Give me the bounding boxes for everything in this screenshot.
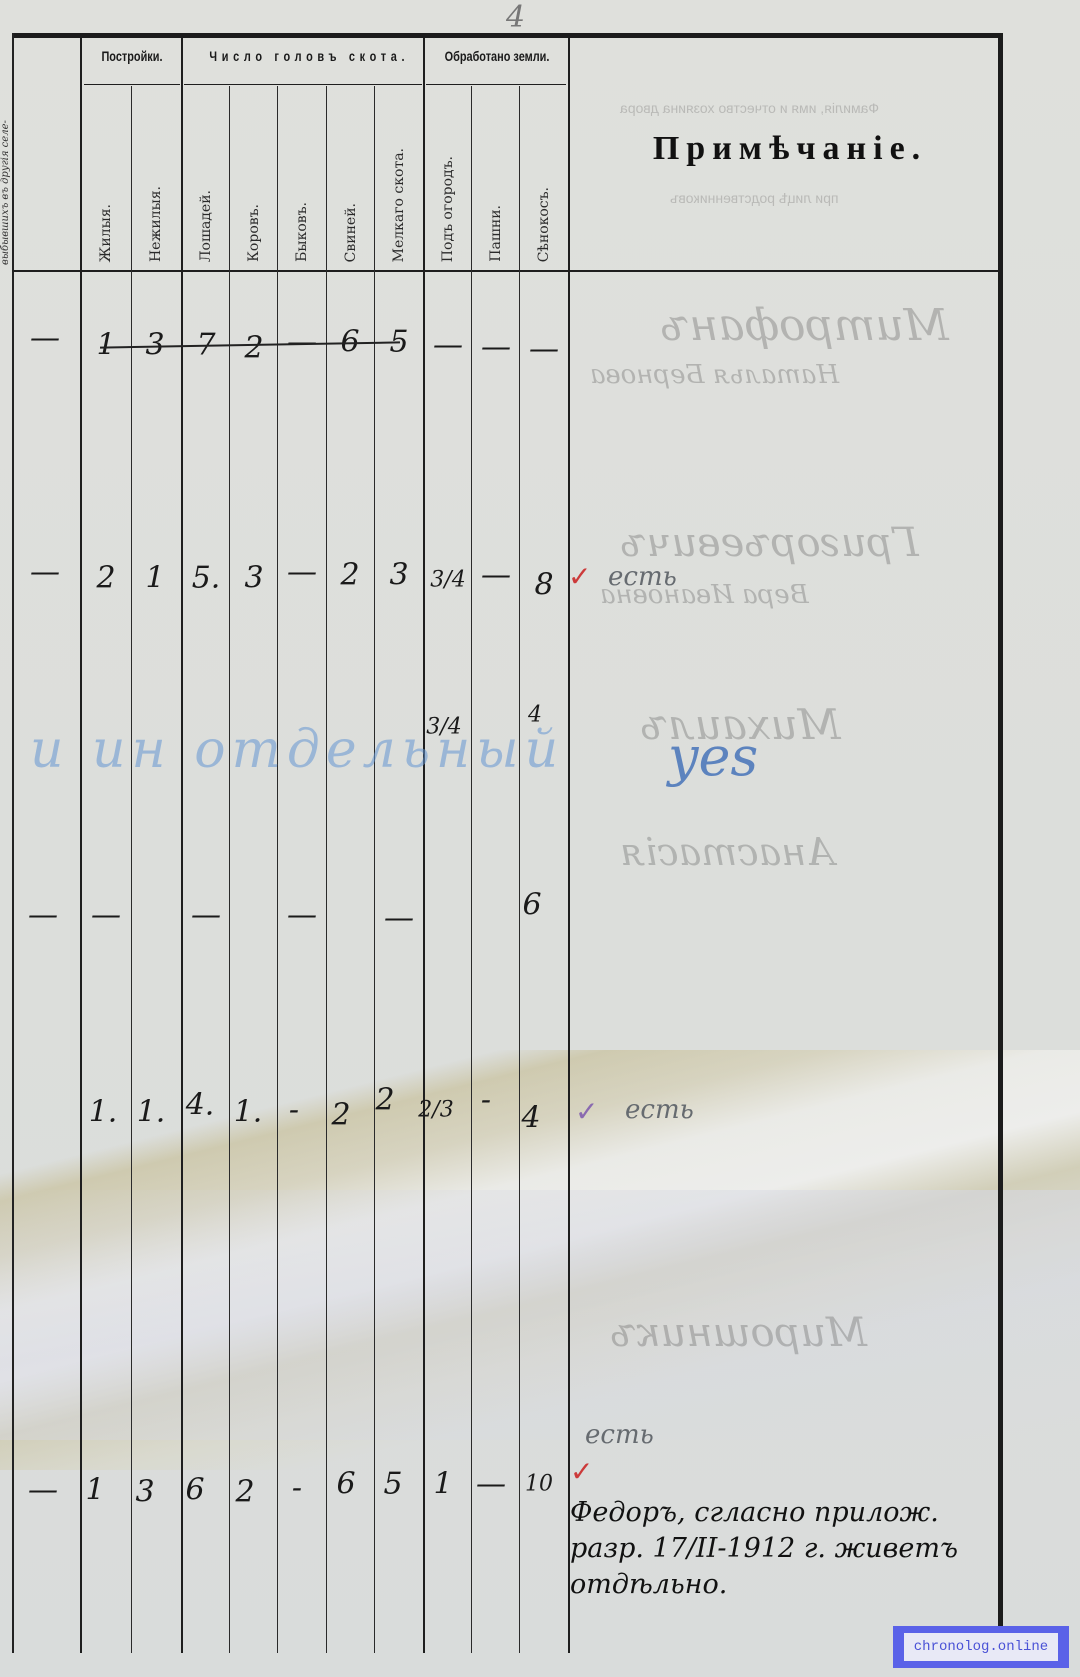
col-header-label: Нежилыя. <box>148 182 164 262</box>
pencil-note: есть <box>625 1095 694 1125</box>
col-header-label: Свиней. <box>343 199 359 262</box>
table-frame <box>12 33 1002 1658</box>
table-left-border <box>12 33 14 1653</box>
note-line: Федоръ, сгласно прилож. <box>570 1495 1050 1531</box>
col-header-label: Подъ огородъ. <box>440 152 456 262</box>
group-title-land: Обработано земли. <box>441 48 553 72</box>
col-line-0 <box>80 38 82 1653</box>
row-lead: — <box>20 898 66 933</box>
col-header-bulls: Быковъ. <box>278 92 326 262</box>
bleed-through-name: Наталья Бернова <box>590 360 839 390</box>
group-rule-livestock <box>184 84 422 85</box>
col-line-livestock-end <box>423 38 425 1653</box>
col-header-arable: Пашни. <box>472 92 519 262</box>
cell-garden: — <box>425 328 471 363</box>
col-line-1 <box>131 86 132 1653</box>
blue-pencil-annotation: и ин отдельный <box>30 720 564 780</box>
group-title-livestock: Число головъ скота. <box>209 48 396 72</box>
col-header-label: Коровъ. <box>246 200 262 262</box>
bleed-through-name: Анастасія <box>620 830 835 874</box>
cell-hayfield: — <box>521 332 567 367</box>
row-lead: — <box>22 321 68 356</box>
bleed-through-name: Митрофанъ <box>660 300 949 351</box>
col-line-land-end <box>568 38 570 1653</box>
col-line-9 <box>519 86 520 1653</box>
blue-pencil-mark: yes <box>668 725 758 788</box>
row-lead: — <box>20 1473 66 1508</box>
notes-title: Примѣчаніе. <box>600 130 980 168</box>
cell-hayfield: 6 <box>509 888 555 923</box>
cell-arable: — <box>468 1467 514 1502</box>
cell-bulls: - <box>274 1471 320 1506</box>
group-title-buildings: Постройки. <box>93 48 171 72</box>
cell-bulls: — <box>279 555 325 590</box>
col-header-label: Жилыя. <box>98 200 114 262</box>
cell-garden: 2/3 <box>413 1098 459 1123</box>
cell-arable: - <box>463 1083 509 1118</box>
red-check-mark: ✓ <box>570 1455 593 1488</box>
col-header-label: Пашни. <box>488 201 504 262</box>
watermark-text: chronolog.online <box>904 1633 1058 1661</box>
cell-hayfield: 10 <box>516 1472 562 1497</box>
cell-dwelling: 2 <box>83 561 129 596</box>
row-lead: — <box>22 555 68 590</box>
cell-small-livestock: 3 <box>376 558 422 593</box>
cell-hayfield: 4 <box>508 1101 554 1136</box>
cell-cows: 1. <box>225 1095 271 1130</box>
col-line-3 <box>229 86 230 1653</box>
col-line-6 <box>374 86 375 1653</box>
ghost-header-line-1: Фамилія, имя и отчество хозяина двора <box>620 100 879 116</box>
group-rule-land <box>426 84 566 85</box>
header-bottom-rule <box>12 270 1000 272</box>
cell-small-livestock: 5 <box>370 1467 416 1502</box>
col-header-hayfield: Сѣнокосъ. <box>520 92 568 262</box>
ghost-header-line-2: при лицѣ родственниковъ <box>670 190 839 206</box>
col-header-label: Мелкаго скота. <box>391 144 407 262</box>
cell-bulls: - <box>271 1093 317 1128</box>
red-check-mark: ✓ <box>568 560 591 593</box>
cell-arable: — <box>473 558 519 593</box>
cell-dwelling: 1. <box>80 1095 126 1130</box>
cell-small-livestock: 2 <box>362 1083 408 1118</box>
cell-cows: 3 <box>231 561 277 596</box>
col-header-label: Лошадей. <box>198 186 214 262</box>
note-line: отдѣльно. <box>570 1567 1050 1603</box>
cell-dwelling: 1 <box>83 328 129 363</box>
cell-arable: — <box>473 330 519 365</box>
cell-pigs: 2 <box>318 1098 364 1133</box>
cell-pigs: 6 <box>323 1467 369 1502</box>
col-header-small-livestock: Мелкаго скота. <box>375 92 423 262</box>
cell-horses: — <box>183 898 229 933</box>
col-line-4 <box>277 86 278 1653</box>
document-page: 4 выбывшихъ въ другія селе- Постройки. Ч… <box>0 0 1080 1677</box>
cell-cows: 2 <box>231 331 277 366</box>
col-header-label: Быковъ. <box>294 198 310 262</box>
cell-small-livestock: — <box>376 901 422 936</box>
page-number: 4 <box>506 0 525 35</box>
cell-horses: 6 <box>172 1473 218 1508</box>
col-header-nondwelling: Нежилыя. <box>132 92 180 262</box>
handwritten-note: Федоръ, сгласно прилож. разр. 17/II-1912… <box>570 1495 1050 1603</box>
col-header-garden: Подъ огородъ. <box>425 92 471 262</box>
bleed-through-name: Григоръевичъ <box>620 520 919 566</box>
cell-garden: 1 <box>420 1467 466 1502</box>
pencil-note: есть <box>608 562 677 592</box>
col-line-5 <box>326 86 327 1653</box>
pencil-note: есть <box>585 1420 654 1450</box>
cell-garden: 3/4 <box>425 568 471 593</box>
cell-nondwelling: 1 <box>132 561 178 596</box>
cell-pigs: 2 <box>327 558 373 593</box>
cell-cows: 2 <box>222 1475 268 1510</box>
cell-bulls: — <box>279 898 325 933</box>
cell-dwelling: — <box>83 898 129 933</box>
col-header-dwelling: Жилыя. <box>82 92 130 262</box>
col-line-8 <box>471 86 472 1653</box>
check-mark: ✓ <box>575 1095 598 1128</box>
group-rule-buildings <box>84 84 180 85</box>
col-header-cows: Коровъ. <box>230 92 277 262</box>
cell-horses: 4. <box>177 1088 223 1123</box>
col-header-label: Сѣнокосъ. <box>536 183 552 262</box>
cell-nondwelling: 1. <box>128 1095 174 1130</box>
cell-hayfield: 8 <box>521 568 567 603</box>
bleed-through-name: Мирошникъ <box>610 1310 867 1356</box>
col-header-pigs: Свиней. <box>327 92 374 262</box>
cell-horses: 5. <box>183 561 229 596</box>
col-header-horses: Лошадей. <box>183 92 229 262</box>
note-line: разр. 17/II-1912 г. живетъ <box>570 1531 1050 1567</box>
col-line-buildings-end <box>181 38 183 1653</box>
cell-dwelling: 1 <box>72 1473 118 1508</box>
cell-nondwelling: 3 <box>122 1475 168 1510</box>
table-right-border <box>998 33 1003 1653</box>
watermark-badge[interactable]: chronolog.online <box>893 1626 1069 1668</box>
